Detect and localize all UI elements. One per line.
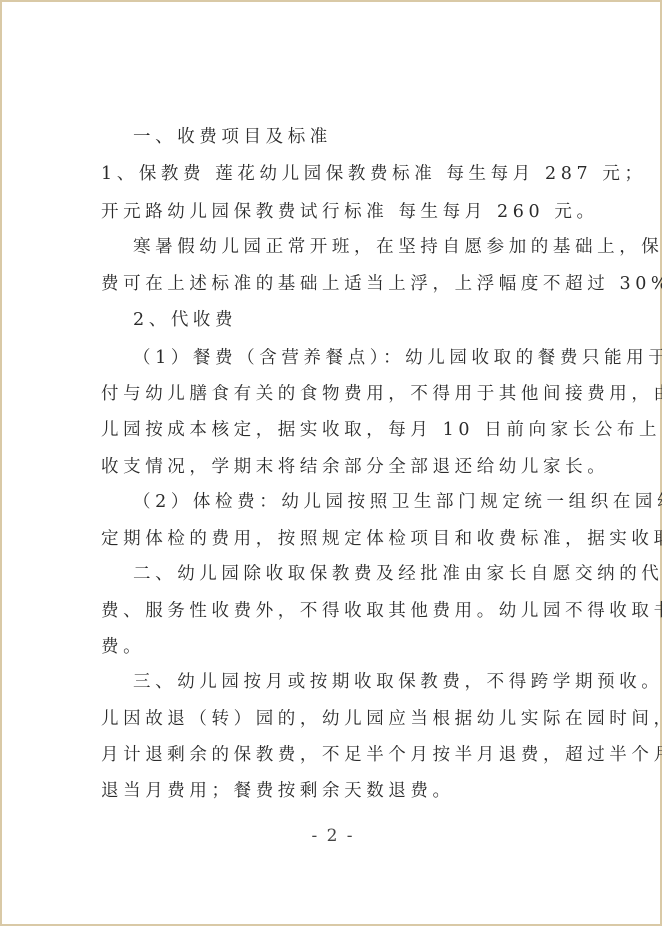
text-line: 儿园按成本核定，据实收取，每月 10 日前向家长公布上月餐费	[101, 419, 577, 441]
text-line: 费、服务性收费外，不得收取其他费用。幼儿园不得收取书本	[101, 600, 577, 622]
text-line: 收支情况，学期末将结余部分全部退还给幼儿家长。	[101, 456, 577, 478]
text-line: 开元路幼儿园保教费试行标准 每生每月 260 元。	[101, 201, 577, 223]
text-line: 1、保教费 莲花幼儿园保教费标准 每生每月 287 元；	[101, 163, 577, 185]
text-line: 三、幼儿园按月或按期收取保教费，不得跨学期预收。幼	[133, 671, 577, 693]
text-line: （1）餐费（含营养餐点）：幼儿园收取的餐费只能用于支	[133, 347, 577, 369]
text-line: 2、代收费	[133, 309, 577, 331]
text-line: 费。	[101, 636, 577, 658]
text-line: 费可在上述标准的基础上适当上浮，上浮幅度不超过 30%。	[101, 273, 577, 295]
text-line: 月计退剩余的保教费，不足半个月按半月退费，超过半个月不	[101, 744, 577, 766]
text-line: （2）体检费：幼儿园按照卫生部门规定统一组织在园幼儿	[133, 491, 577, 513]
text-line: 二、幼儿园除收取保教费及经批准由家长自愿交纳的代收	[133, 563, 577, 585]
text-line: 定期体检的费用，按照规定体检项目和收费标准，据实收取。	[101, 528, 577, 550]
text-line: 寒暑假幼儿园正常开班，在坚持自愿参加的基础上，保教	[133, 236, 577, 258]
text-line: 一、收费项目及标准	[133, 126, 577, 148]
text-line: 儿因故退（转）园的，幼儿园应当根据幼儿实际在园时间，按	[101, 708, 577, 730]
document-page: 一、收费项目及标准1、保教费 莲花幼儿园保教费标准 每生每月 287 元；开元路…	[0, 0, 662, 926]
text-line: 退当月费用；餐费按剩余天数退费。	[101, 780, 577, 802]
text-line: 付与幼儿膳食有关的食物费用，不得用于其他间接费用，由幼	[101, 383, 577, 405]
page-number: - 2 -	[2, 826, 662, 846]
